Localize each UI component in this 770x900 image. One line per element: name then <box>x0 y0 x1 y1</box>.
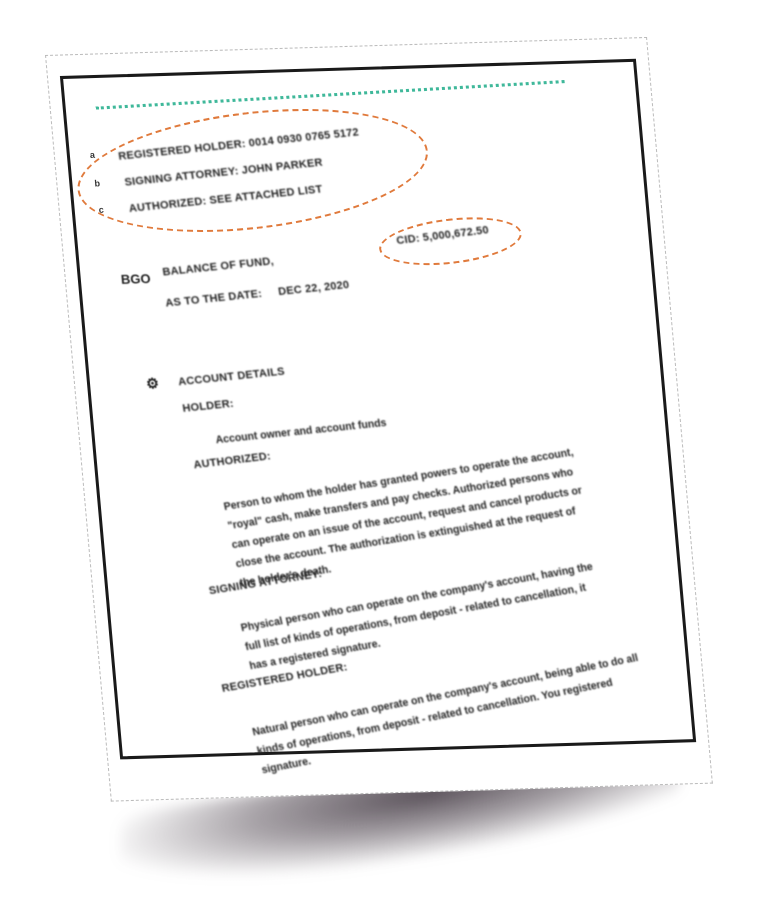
document-illustration: a REGISTERED HOLDER: 0014 0930 0765 5172… <box>0 0 770 900</box>
date-label: AS TO THE DATE: <box>165 288 263 310</box>
paper-sheet: a REGISTERED HOLDER: 0014 0930 0765 5172… <box>45 37 713 802</box>
list-bullet: a <box>89 150 95 160</box>
header-rule <box>96 80 565 110</box>
list-bullet: c <box>98 205 104 215</box>
balance-line: BALANCE OF FUND, <box>162 255 275 279</box>
page-border: a REGISTERED HOLDER: 0014 0930 0765 5172… <box>60 59 696 760</box>
date-value: DEC 22, 2020 <box>277 279 350 298</box>
bank-logo: BGO <box>120 271 151 287</box>
entry-label-holder: HOLDER: <box>182 397 235 414</box>
entry-label-authorized: AUTHORIZED: <box>193 450 272 471</box>
date-row: AS TO THE DATE: DEC 22, 2020 <box>164 275 351 312</box>
gear-icon: ⚙ <box>145 375 159 393</box>
list-bullet: b <box>94 178 100 188</box>
entry-body-holder: Account owner and account funds <box>214 395 574 451</box>
section-title: ACCOUNT DETAILS <box>177 365 285 388</box>
